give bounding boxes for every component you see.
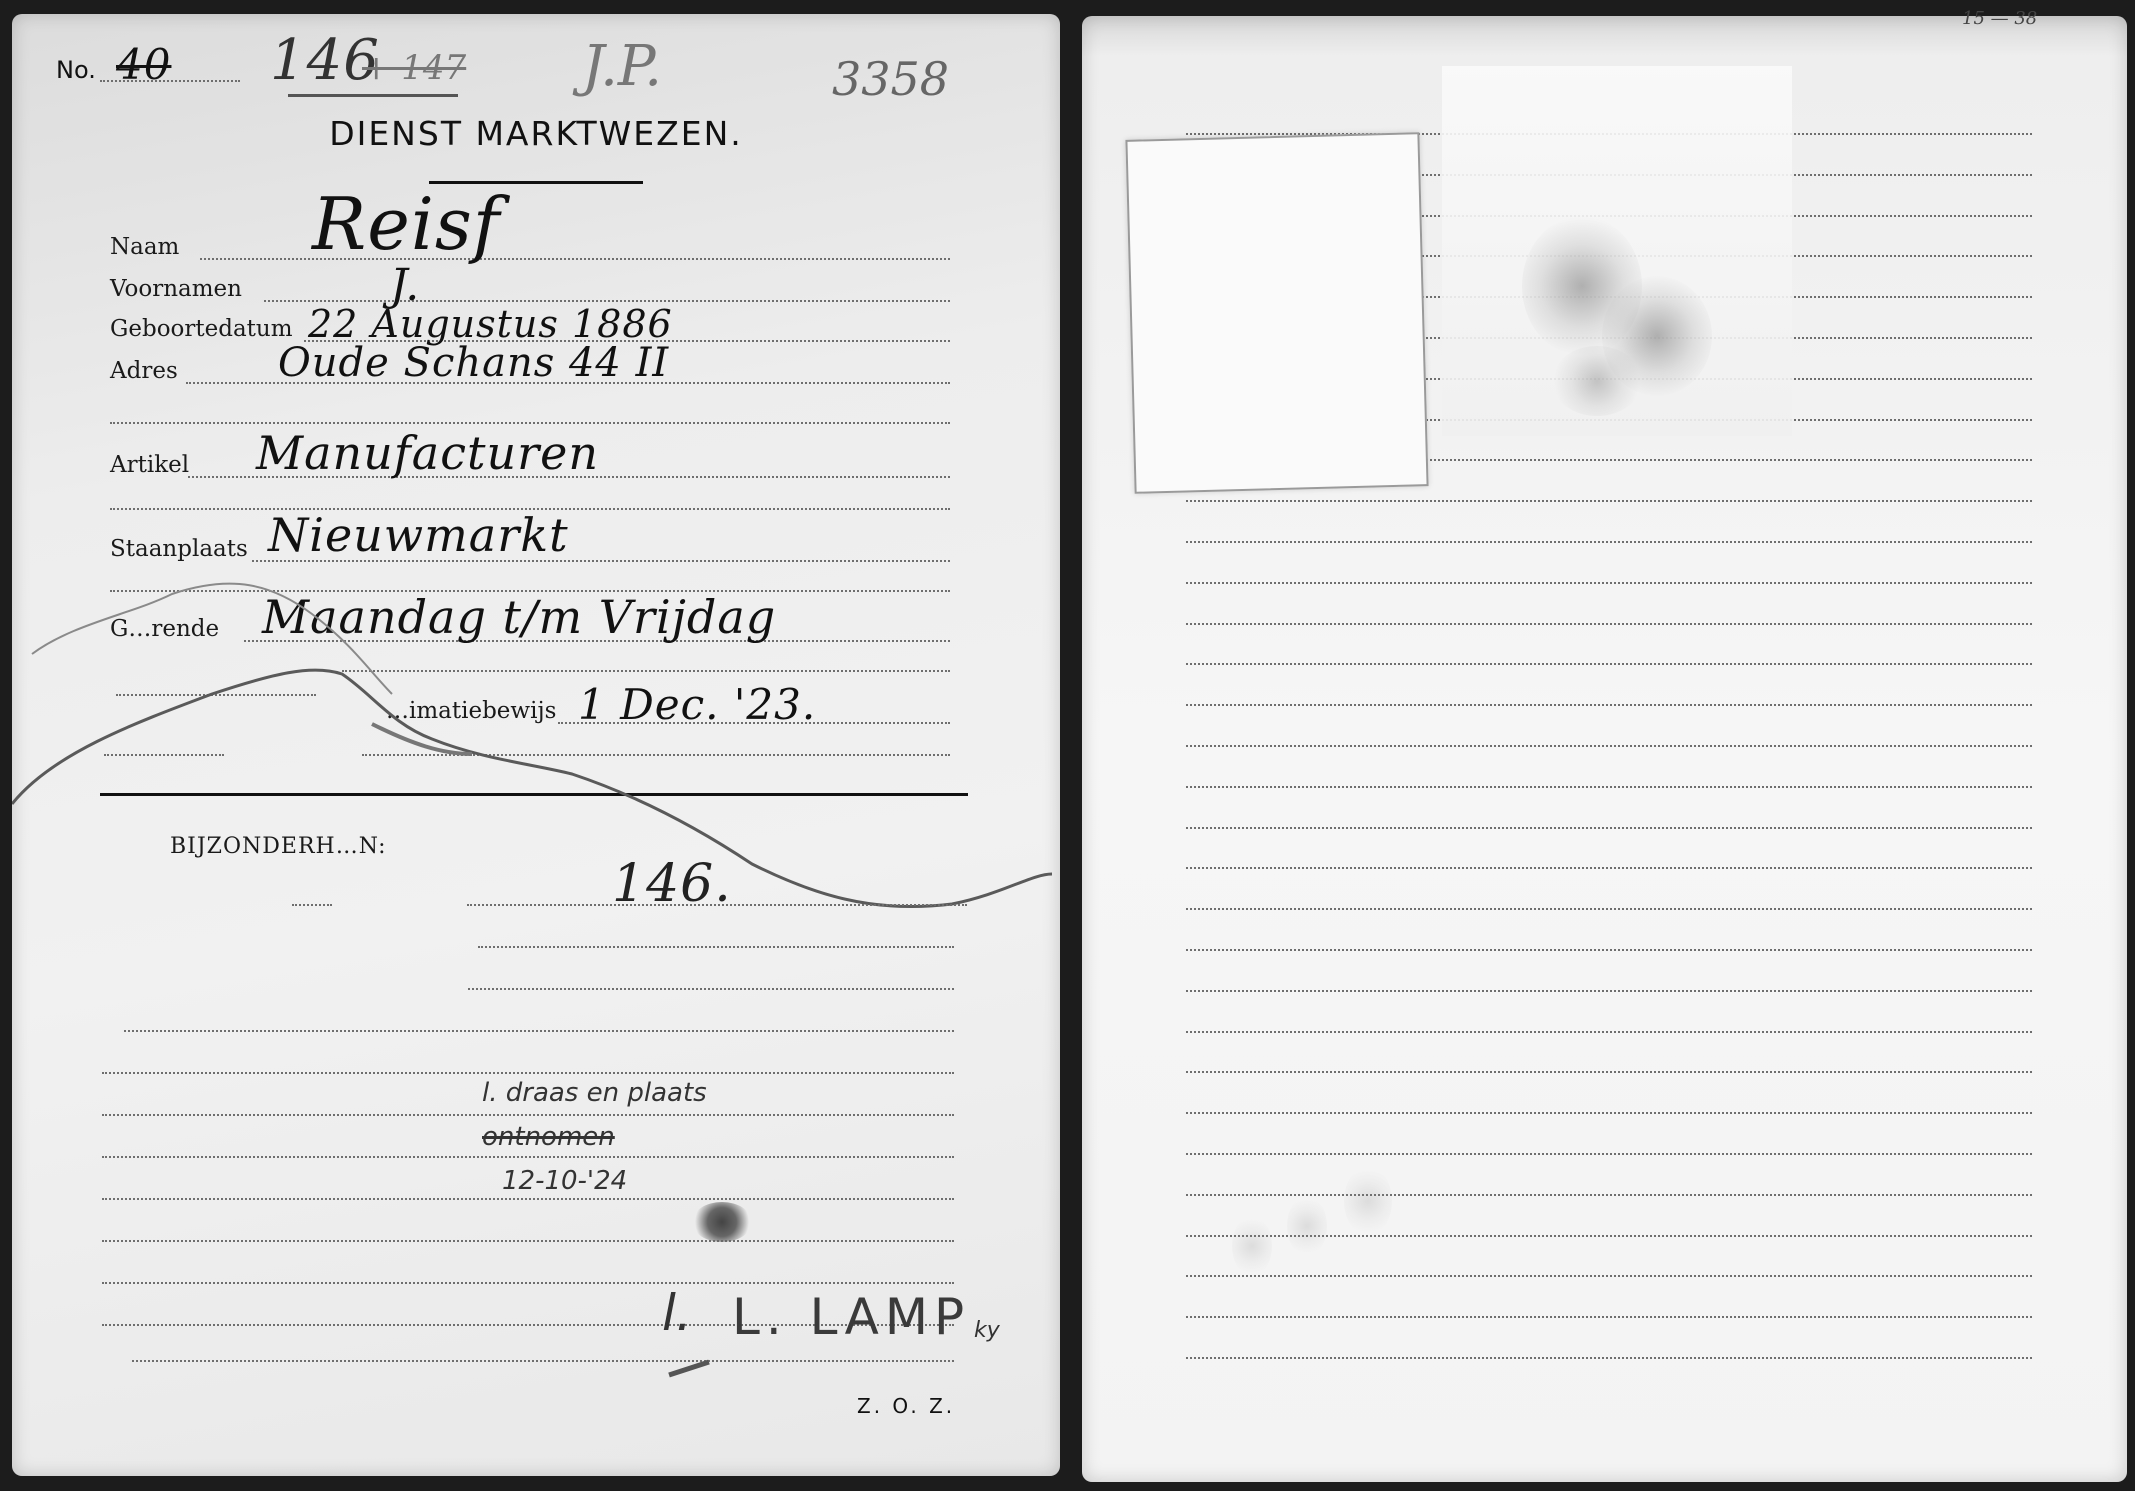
ruled-line	[1186, 827, 2032, 829]
field-label-artikel: Artikel	[110, 452, 189, 478]
ruled-line	[1186, 1031, 2032, 1033]
field-label-voornamen: Voornamen	[110, 276, 242, 302]
details-note-2: ontnomen	[482, 1122, 615, 1152]
ruled-line	[1186, 990, 2032, 992]
stamp-prefix: l.	[662, 1284, 692, 1342]
details-line	[102, 1072, 954, 1074]
ruled-line	[1186, 663, 2032, 665]
number-label: No.	[56, 56, 96, 84]
details-line	[102, 1282, 954, 1284]
ruled-line	[1186, 704, 2032, 706]
struck-number: 40	[116, 40, 171, 89]
document-title: DIENST MARKTWEZEN.	[12, 114, 1060, 153]
field-label-adres: Adres	[110, 358, 178, 384]
stamp-suffix: ky	[974, 1318, 1000, 1343]
details-line	[467, 904, 967, 906]
details-line	[124, 1030, 954, 1032]
ruled-line	[1186, 1275, 2032, 1277]
ruled-line	[1186, 500, 2032, 502]
back-card: 15 — 38	[1082, 16, 2127, 1482]
ruled-line	[1186, 908, 2032, 910]
number-addition: + 147	[362, 48, 466, 88]
ruled-line	[1186, 1357, 2032, 1359]
stain	[1287, 1196, 1327, 1256]
details-line	[102, 1156, 954, 1158]
field-value-adres: Oude Schans 44 II	[278, 340, 669, 386]
stain	[1232, 1216, 1272, 1276]
ruled-line	[1186, 1112, 2032, 1114]
blank-line	[292, 904, 332, 906]
details-line	[102, 1114, 954, 1116]
blank-line	[110, 422, 950, 424]
ruled-line	[1186, 623, 2032, 625]
ruled-line	[1186, 1194, 2032, 1196]
ruled-line	[1186, 541, 2032, 543]
details-line	[102, 1198, 954, 1200]
details-line	[468, 988, 954, 990]
details-line	[132, 1360, 954, 1362]
ruled-line	[1186, 786, 2032, 788]
ruled-line	[1186, 949, 2032, 951]
stamp-lamp: L. LAMP	[732, 1288, 970, 1346]
details-line	[478, 946, 954, 948]
archive-number: 3358	[832, 52, 949, 106]
field-value-staanplaats: Nieuwmarkt	[268, 508, 569, 562]
ruled-line	[1186, 1153, 2032, 1155]
ruled-line	[1186, 582, 2032, 584]
field-label-naam: Naam	[110, 234, 179, 260]
details-line	[102, 1240, 954, 1242]
ruled-line	[1186, 867, 2032, 869]
details-note-3: 12-10-'24	[502, 1166, 627, 1196]
stain	[1344, 1166, 1392, 1236]
pencil-mark	[668, 1360, 709, 1378]
field-label-geboortedatum: Geboortedatum	[110, 316, 293, 342]
pasted-paper-patch	[1125, 132, 1428, 494]
ruled-line	[1186, 1316, 2032, 1318]
ruled-line	[1186, 745, 2032, 747]
footer-zoz: Z. O. Z.	[857, 1394, 955, 1418]
front-card: No. 40 146 + 147 J.P. 3358 DIENST MARKTW…	[12, 14, 1060, 1476]
details-note-1: l. draas en plaats	[482, 1078, 707, 1108]
card-number-underline	[288, 94, 458, 97]
tear-mark	[12, 574, 1060, 954]
corner-note: 15 — 38	[1962, 8, 2037, 29]
field-value-artikel: Manufacturen	[256, 426, 599, 480]
initials: J.P.	[582, 34, 662, 99]
field-label-staanplaats: Staanplaats	[110, 536, 248, 562]
details-heading: BIJZONDERH…N:	[170, 834, 387, 859]
ruled-line	[1186, 1071, 2032, 1073]
ink-blot	[692, 1202, 752, 1242]
glue-residue	[1552, 346, 1642, 416]
field-value-naam: Reisf	[312, 182, 500, 266]
